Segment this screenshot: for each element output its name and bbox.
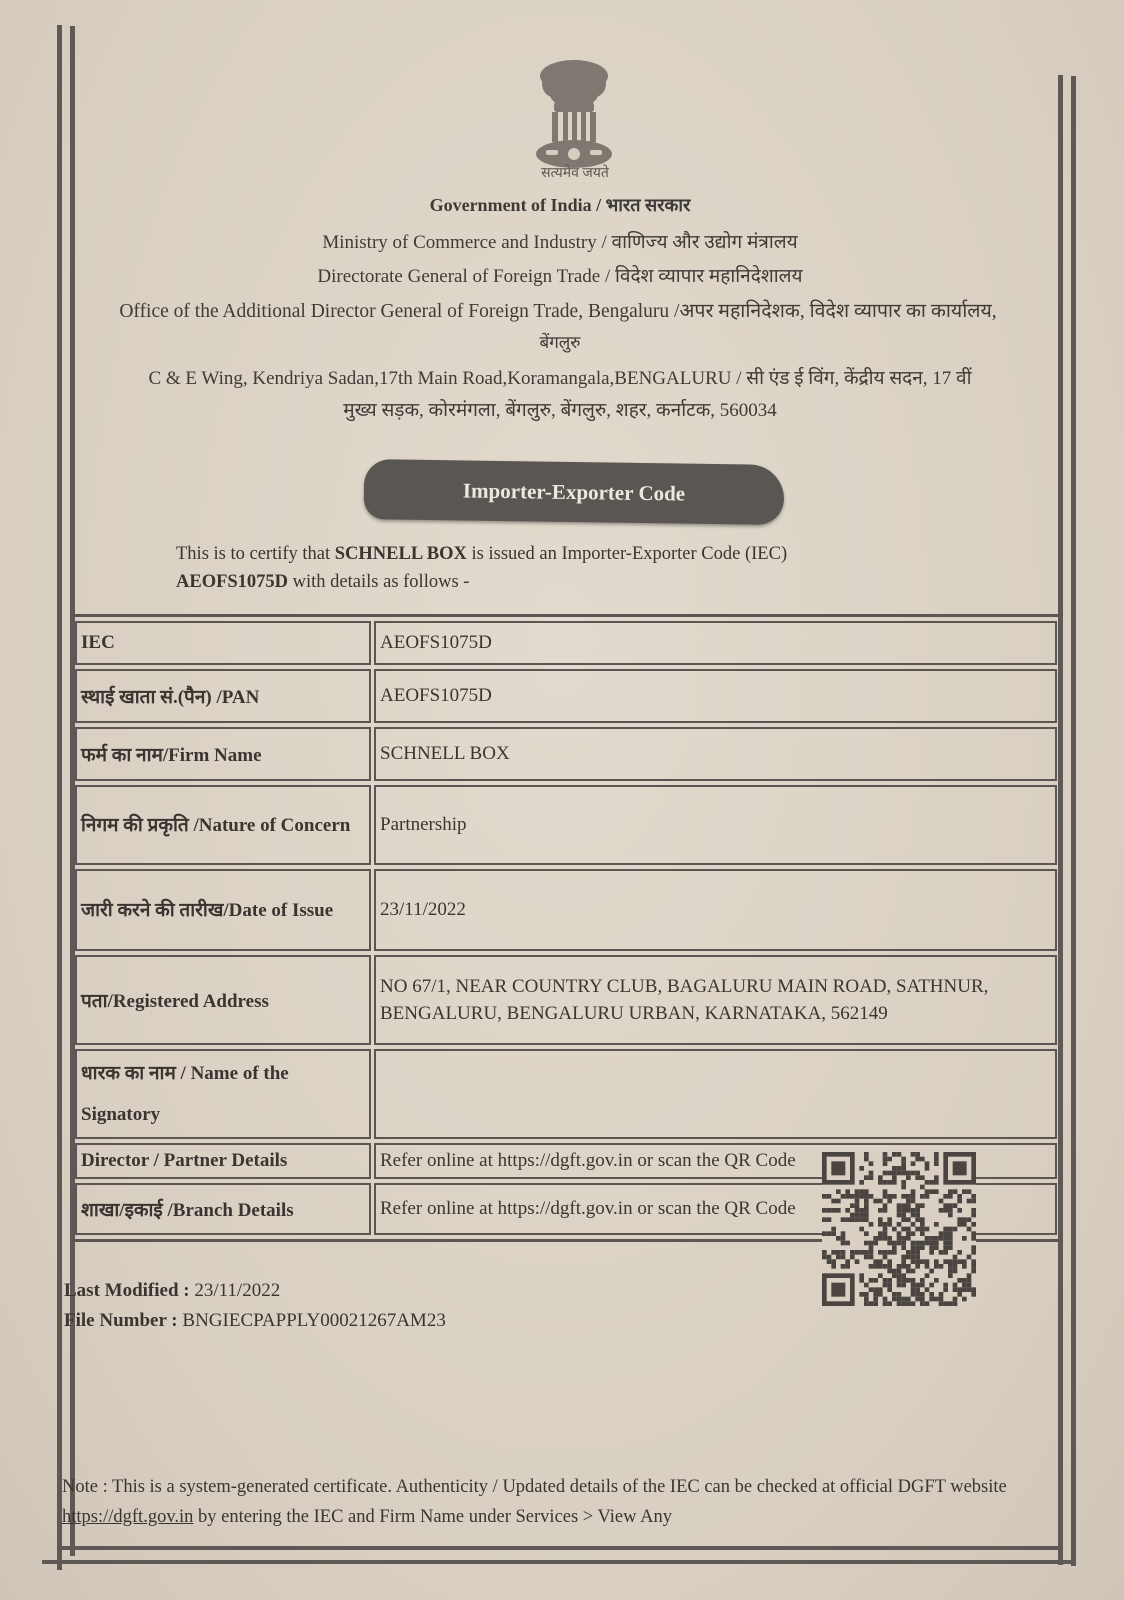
table-row: पता/Registered Address NO 67/1, NEAR COU… xyxy=(75,955,1057,1045)
row-value xyxy=(374,1049,1057,1139)
last-modified-date: 23/11/2022 xyxy=(194,1280,280,1301)
page-border xyxy=(57,25,62,1570)
table-row: जारी करने की तारीख/Date of Issue 23/11/2… xyxy=(75,869,1057,951)
table-row: निगम की प्रकृति /Nature of Concern Partn… xyxy=(75,785,1057,865)
row-label: फर्म का नाम/Firm Name xyxy=(75,727,371,781)
file-number-value: BNGIECPAPPLY00021267AM23 xyxy=(182,1310,445,1331)
header-address-line2: मुख्य सड़क, कोरमंगला, बेंगलुरु, बेंगलुरु… xyxy=(60,396,1060,422)
page-border xyxy=(42,1560,1074,1564)
header-office-city: बेंगलुरु xyxy=(60,330,1060,353)
row-label: धारक का नाम / Name of the Signatory xyxy=(75,1049,371,1139)
certify-middle: is issued an Importer-Exporter Code (IEC… xyxy=(467,544,787,564)
row-label: जारी करने की तारीख/Date of Issue xyxy=(75,869,371,951)
note-text-suffix: by entering the IEC and Firm Name under … xyxy=(193,1507,672,1527)
note-text: Note : This is a system-generated certif… xyxy=(62,1477,1007,1497)
row-value: SCHNELL BOX xyxy=(374,727,1057,781)
page-border xyxy=(1071,76,1076,1566)
file-number: File Number : BNGIECPAPPLY00021267AM23 xyxy=(64,1306,446,1336)
footer-note: Note : This is a system-generated certif… xyxy=(62,1472,1052,1532)
row-value: 23/11/2022 xyxy=(374,869,1057,951)
row-label: शाखा/इकाई /Branch Details xyxy=(75,1183,371,1235)
header-address: C & E Wing, Kendriya Sadan,17th Main Roa… xyxy=(85,364,1035,390)
row-label: IEC xyxy=(75,621,371,665)
table-row: स्थाई खाता सं.(पैन) /PAN AEOFS1075D xyxy=(75,669,1057,723)
table-row: फर्म का नाम/Firm Name SCHNELL BOX xyxy=(75,727,1057,781)
header-government: Government of India / भारत सरकार xyxy=(60,193,1060,217)
header-ministry: Ministry of Commerce and Industry / वाणि… xyxy=(60,228,1060,254)
table-row: धारक का नाम / Name of the Signatory xyxy=(75,1049,1057,1139)
certify-prefix: This is to certify that xyxy=(176,544,335,564)
certify-iec-code: AEOFS1075D xyxy=(176,572,288,592)
row-value: AEOFS1075D xyxy=(374,669,1057,723)
iec-details-table: IEC AEOFS1075D स्थाई खाता सं.(पैन) /PAN … xyxy=(72,614,1060,1242)
row-label: निगम की प्रकृति /Nature of Concern xyxy=(75,785,371,865)
document-title-text: Importer-Exporter Code xyxy=(463,478,686,506)
header-office: Office of the Additional Director Genera… xyxy=(78,296,1038,323)
certify-suffix: with details as follows - xyxy=(288,572,469,592)
table-row: IEC AEOFS1075D xyxy=(75,621,1057,665)
row-label: स्थाई खाता सं.(पैन) /PAN xyxy=(75,669,371,723)
row-value: Partnership xyxy=(374,785,1057,865)
row-label: Director / Partner Details xyxy=(75,1143,371,1179)
dgft-website-link[interactable]: https://dgft.gov.in xyxy=(62,1507,193,1527)
qr-code-icon[interactable] xyxy=(822,1152,976,1306)
footer-meta: Last Modified : 23/11/2022 File Number :… xyxy=(64,1276,446,1336)
last-modified: Last Modified : 23/11/2022 xyxy=(64,1276,446,1306)
row-value: NO 67/1, NEAR COUNTRY CLUB, BAGALURU MAI… xyxy=(374,955,1057,1045)
certify-firm-name: SCHNELL BOX xyxy=(335,544,467,564)
document-title: Importer-Exporter Code xyxy=(364,459,785,525)
header-directorate: Directorate General of Foreign Trade / व… xyxy=(60,262,1060,288)
certificate-page: सत्यमेव जयते Government of India / भारत … xyxy=(0,0,1124,1600)
emblem-motto: सत्यमेव जयते xyxy=(510,163,640,182)
page-border xyxy=(60,1546,1060,1550)
row-value: AEOFS1075D xyxy=(374,621,1057,665)
certification-statement: This is to certify that SCHNELL BOX is i… xyxy=(176,540,936,596)
row-label: पता/Registered Address xyxy=(75,955,371,1045)
